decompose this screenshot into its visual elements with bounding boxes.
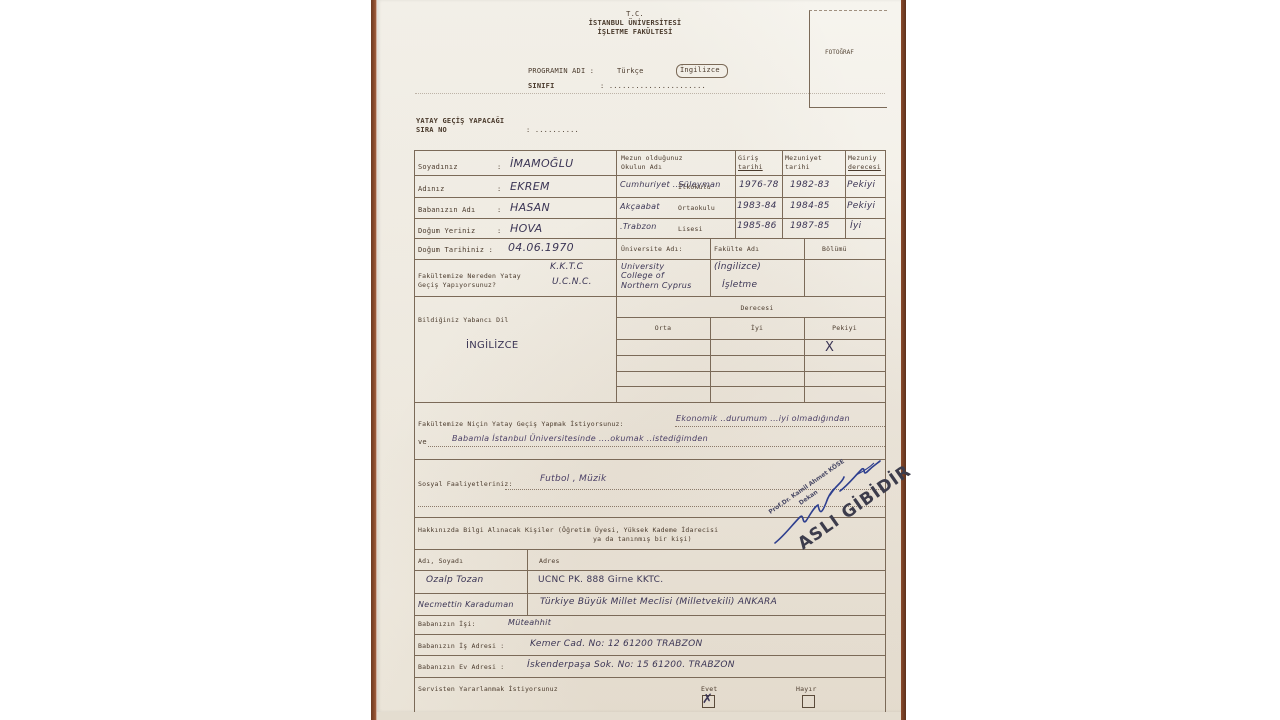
birthplace-label: Doğum Yeriniz	[418, 227, 475, 236]
row-line	[414, 634, 886, 635]
name-value[interactable]: EKREM	[510, 181, 550, 193]
school-degree[interactable]: Pekiyi	[847, 180, 875, 190]
school-name-value[interactable]: Akçaabat	[620, 202, 660, 211]
school-type: Lisesi	[678, 225, 703, 234]
reason-dotted-line	[428, 446, 885, 447]
faculty-header: Fakülte Adı	[714, 245, 759, 254]
row-line	[414, 197, 616, 198]
schools-header-entry-2: tarihi	[738, 163, 763, 172]
department-header: Bölümü	[822, 245, 847, 254]
photo-label: FOTOĞRAF	[825, 49, 854, 56]
transfer-value: : ..........	[526, 126, 579, 135]
col-line	[710, 238, 711, 296]
row-line	[616, 317, 886, 318]
school-grad[interactable]: 1982-83	[790, 180, 830, 190]
program-label: PROGRAMIN ADI :	[528, 67, 594, 76]
schools-header-name-2: Okulun Adı	[621, 163, 662, 172]
surname-value[interactable]: İMAMOĞLU	[510, 158, 574, 170]
row-line	[414, 615, 886, 616]
school-degree[interactable]: Pekiyi	[847, 201, 875, 211]
name-label: Adınız	[418, 185, 445, 194]
language-level-pekiyi: Pekiyi	[804, 324, 885, 333]
row-line	[414, 175, 616, 176]
social-label: Sosyal Faaliyetleriniz:	[418, 480, 513, 489]
schools-header-degree-2: derecesi	[848, 163, 881, 172]
row-line	[414, 593, 886, 594]
col-line	[845, 150, 846, 238]
row-line	[414, 677, 886, 678]
reason-value-line2[interactable]: Babamla İstanbul Üniversitesinde ....oku…	[452, 434, 708, 443]
father-name-value[interactable]: HASAN	[510, 202, 550, 214]
schools-header-degree-1: Mezuniy	[848, 154, 877, 163]
row-line	[414, 218, 616, 219]
language-level-mark[interactable]: X	[825, 341, 834, 354]
row-line	[616, 218, 886, 219]
header-university: İSTANBUL ÜNİVERSİTESİ	[570, 19, 700, 28]
row-line	[414, 655, 886, 656]
university-value-1[interactable]: University	[621, 262, 664, 271]
university-value-2[interactable]: College of	[621, 271, 664, 280]
transfer-from-label-1: Fakültemize Nereden Yatay	[418, 272, 521, 281]
table-right-border	[885, 150, 886, 712]
colon: :	[497, 227, 501, 236]
school-entry[interactable]: 1976-78	[739, 180, 779, 190]
father-name-label: Babanızın Adı	[418, 206, 475, 215]
school-entry[interactable]: 1983-84	[737, 201, 777, 211]
father-work-address-value[interactable]: Kemer Cad. No: 12 61200 TRABZON	[530, 639, 703, 649]
row-line	[414, 238, 886, 239]
row-line	[616, 175, 886, 176]
social-value[interactable]: Futbol , Müzik	[540, 474, 606, 484]
row-line	[616, 386, 886, 387]
colon: :	[497, 185, 501, 194]
schools-header-name-1: Mezun olduğunuz	[621, 154, 683, 163]
references-col-name: Adı, Soyadı	[418, 557, 463, 566]
service-label: Servisten Yararlanmak İstiyorsunuz	[418, 685, 558, 694]
school-entry[interactable]: 1985-86	[737, 221, 777, 231]
school-degree[interactable]: İyi	[850, 221, 861, 231]
references-col-address: Adres	[539, 557, 560, 566]
transfer-from-value-1[interactable]: K.K.T.C	[550, 262, 583, 272]
transfer-label-line2: SIRA NO	[416, 126, 447, 135]
father-job-label: Babanızın İşi:	[418, 620, 476, 629]
row-line	[414, 459, 886, 460]
check-x-icon: ✗	[702, 693, 713, 706]
reason-label: Fakültemize Niçin Yatay Geçiş Yapmak İst…	[418, 420, 624, 429]
school-type: Ortaokulu	[678, 204, 715, 213]
class-label: SINIFI	[528, 82, 555, 91]
header-tc: T.C.	[570, 10, 700, 19]
program-option-english[interactable]: İngilizce	[680, 66, 720, 75]
father-home-address-label: Babanızın Ev Adresi :	[418, 663, 504, 672]
reference-address[interactable]: Türkiye Büyük Millet Meclisi (Milletveki…	[540, 597, 777, 607]
transfer-from-value-2[interactable]: U.C.N.C.	[552, 277, 592, 287]
father-home-address-value[interactable]: İskenderpaşa Sok. No: 15 61200. TRABZON	[527, 660, 735, 670]
class-value: : ......................	[600, 82, 706, 91]
table-divider-mid	[616, 150, 617, 402]
row-line	[616, 355, 886, 356]
social-dotted-line	[505, 489, 885, 490]
schools-header-grad-2: tarihi	[785, 163, 810, 172]
language-value[interactable]: İNGİLİZCE	[466, 340, 519, 352]
row-line	[414, 259, 886, 260]
table-top-border	[414, 150, 886, 151]
reason-dotted-line	[675, 426, 885, 427]
language-level-iyi: İyi	[710, 324, 804, 333]
university-header: Üniversite Adı:	[621, 245, 683, 254]
row-line	[616, 371, 886, 372]
transfer-from-label-2: Geçiş Yapıyorsunuz?	[418, 281, 496, 290]
birthdate-label: Doğum Tarihiniz :	[418, 246, 493, 255]
page-bottom-edge	[377, 712, 901, 720]
row-line	[414, 402, 886, 403]
col-line	[782, 150, 783, 238]
birthplace-value[interactable]: HOVA	[510, 223, 542, 235]
col-line	[804, 238, 805, 296]
row-line	[616, 197, 886, 198]
service-no-checkbox[interactable]	[802, 695, 815, 708]
table-left-border	[414, 150, 415, 712]
header-dotted-line	[415, 93, 885, 94]
service-no-label: Hayır	[796, 685, 817, 694]
reference-name[interactable]: Necmettin Karaduman	[418, 600, 514, 609]
references-label-1: Hakkınızda Bilgi Alınacak Kişiler (Öğret…	[418, 526, 718, 535]
transfer-label-line1: YATAY GEÇİŞ YAPACAĞI	[416, 117, 504, 126]
reference-address[interactable]: UCNC PK. 888 Girne KKTC.	[538, 575, 663, 585]
birthdate-value[interactable]: 04.06.1970	[508, 242, 574, 254]
father-job-value[interactable]: Müteahhit	[508, 618, 551, 627]
school-grad[interactable]: 1987-85	[790, 221, 830, 231]
row-line	[414, 296, 886, 297]
schools-header-grad-1: Mezuniyet	[785, 154, 822, 163]
father-work-address-label: Babanızın İş Adresi :	[418, 642, 504, 651]
school-type: İlkokulu	[678, 183, 711, 192]
row-line	[414, 549, 886, 550]
language-level-header: Derecesi	[710, 304, 804, 313]
social-dotted-line	[418, 506, 885, 507]
row-line	[616, 339, 886, 340]
col-line	[735, 150, 736, 238]
reason-value-line1[interactable]: Ekonomik ..durumum ...iyi olmadığından	[676, 414, 850, 423]
surname-label: Soyadınız	[418, 163, 458, 172]
school-name-value[interactable]: .Trabzon	[620, 222, 657, 231]
reason-line2-prefix: ve	[418, 438, 427, 447]
references-label-2: ya da tanınmış bir kişi)	[593, 535, 692, 544]
header-faculty: İŞLETME FAKÜLTESİ	[570, 28, 700, 37]
schools-header-entry-1: Giriş	[738, 154, 759, 163]
col-line	[527, 549, 528, 615]
colon: :	[497, 206, 501, 215]
language-label: Bildiğiniz Yabancı Dil	[418, 316, 509, 325]
university-value-3[interactable]: Northern Cyprus	[621, 281, 692, 290]
row-line	[414, 570, 886, 571]
faculty-value-1[interactable]: (İngilizce)	[714, 262, 761, 272]
school-grad[interactable]: 1984-85	[790, 201, 830, 211]
program-option-turkish[interactable]: Türkçe	[617, 67, 644, 76]
row-line	[414, 517, 886, 518]
faculty-value-2[interactable]: İşletme	[722, 280, 757, 290]
language-level-orta: Orta	[616, 324, 710, 333]
colon: :	[497, 163, 501, 172]
reference-name[interactable]: Ozalp Tozan	[426, 575, 484, 585]
